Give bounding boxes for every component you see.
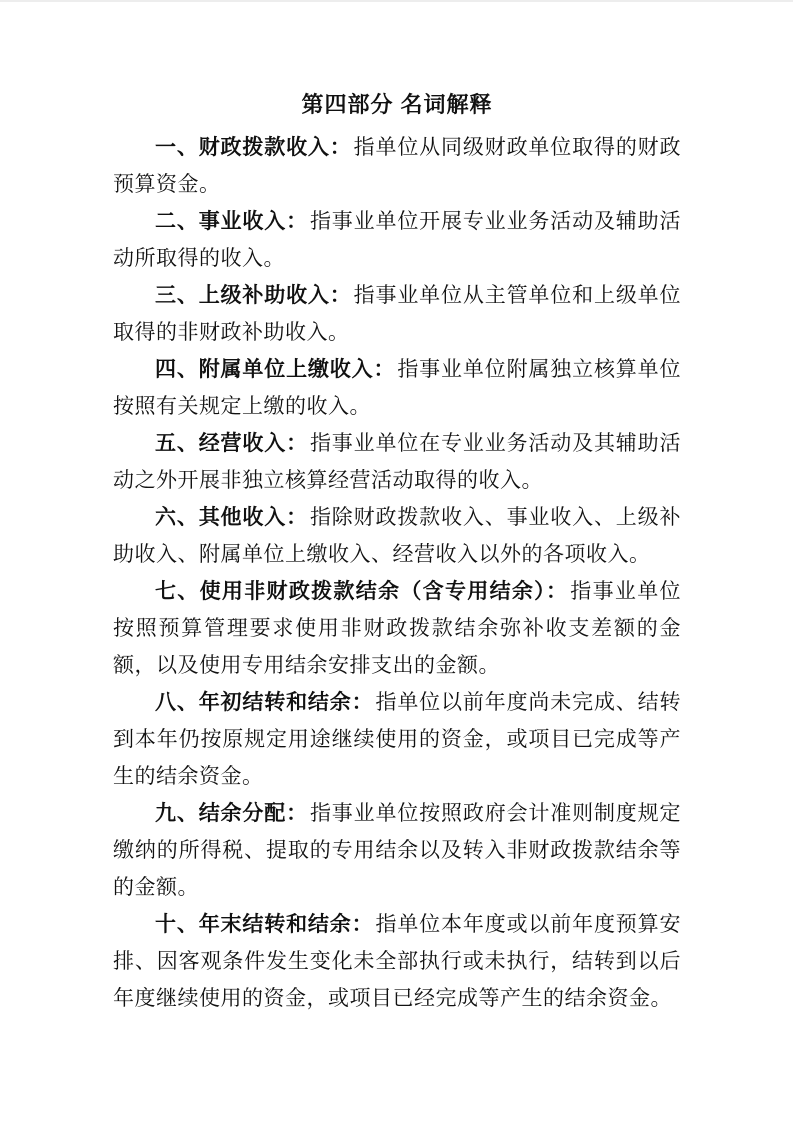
definition-item-9: 九、结余分配：指事业单位按照政府会计准则制度规定缴纳的所得税、提取的专用结余以及… xyxy=(113,795,681,906)
definition-item-6: 六、其他收入：指除财政拨款收入、事业收入、上级补助收入、附属单位上缴收入、经营收… xyxy=(113,499,681,573)
definition-item-7: 七、使用非财政拨款结余（含专用结余）：指事业单位按照预算管理要求使用非财政拨款结… xyxy=(113,573,681,684)
definition-item-1: 一、财政拨款收入：指单位从同级财政单位取得的财政预算资金。 xyxy=(113,129,681,203)
document-page: 第四部分 名词解释 一、财政拨款收入：指单位从同级财政单位取得的财政预算资金。 … xyxy=(0,0,793,1122)
term-label: 七、使用非财政拨款结余（含专用结余）： xyxy=(155,580,568,603)
definition-item-5: 五、经营收入：指事业单位在专业业务活动及其辅助活动之外开展非独立核算经营活动取得… xyxy=(113,425,681,499)
definition-item-8: 八、年初结转和结余：指单位以前年度尚未完成、结转到本年仍按原规定用途继续使用的资… xyxy=(113,684,681,795)
term-label: 二、事业收入： xyxy=(155,210,308,233)
term-label: 八、年初结转和结余： xyxy=(155,691,373,714)
term-label: 九、结余分配： xyxy=(155,802,308,825)
term-label: 一、财政拨款收入： xyxy=(155,136,352,159)
term-label: 六、其他收入： xyxy=(155,506,308,529)
definitions-list: 一、财政拨款收入：指单位从同级财政单位取得的财政预算资金。 二、事业收入：指事业… xyxy=(113,129,681,1017)
term-label: 五、经营收入： xyxy=(155,432,308,455)
definition-item-3: 三、上级补助收入：指事业单位从主管单位和上级单位取得的非财政补助收入。 xyxy=(113,277,681,351)
term-label: 三、上级补助收入： xyxy=(155,284,352,307)
definition-item-10: 十、年末结转和结余：指单位本年度或以前年度预算安排、因客观条件发生变化未全部执行… xyxy=(113,906,681,1017)
definition-item-2: 二、事业收入：指事业单位开展专业业务活动及辅助活动所取得的收入。 xyxy=(113,203,681,277)
term-label: 四、附属单位上缴收入： xyxy=(155,358,395,381)
page-title: 第四部分 名词解释 xyxy=(113,86,681,123)
definition-item-4: 四、附属单位上缴收入：指事业单位附属独立核算单位按照有关规定上缴的收入。 xyxy=(113,351,681,425)
term-label: 十、年末结转和结余： xyxy=(155,913,373,936)
